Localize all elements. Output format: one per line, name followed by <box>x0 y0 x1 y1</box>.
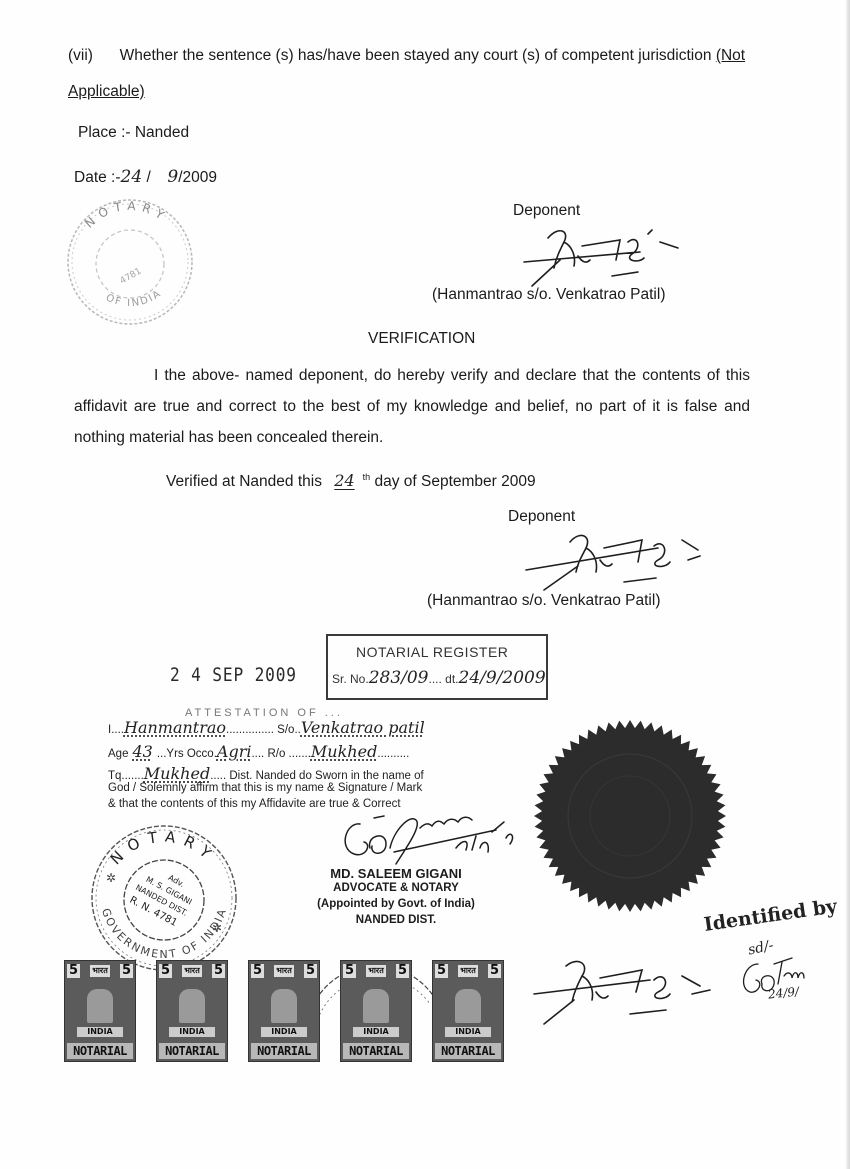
revenue-stamp: 5भारत5INDIANOTARIAL <box>64 960 136 1062</box>
stamp-header: 5भारत5 <box>435 963 501 979</box>
att-dist-text: Dist. Nanded do Sworn in the name of <box>229 770 423 782</box>
notary-title: ADVOCATE & NOTARY <box>306 882 486 894</box>
notary-seal-faded-icon: NOTARY OF INDIA 4781 <box>60 192 200 324</box>
date-separator: / <box>146 169 150 186</box>
att-tq-label: Tq <box>108 770 121 782</box>
stamp-india: INDIA <box>261 1027 307 1037</box>
date-month-handwritten: 9 <box>167 167 178 187</box>
stamp-value: 5 <box>251 964 264 978</box>
stamp-value: 5 <box>67 964 80 978</box>
clause-answer-continued: Applicable) <box>68 83 145 101</box>
stamp-value-right: 5 <box>396 964 409 978</box>
verification-paragraph: I the above- named deponent, do hereby v… <box>74 360 750 453</box>
stamp-label: NOTARIAL <box>67 1043 133 1059</box>
verification-text: I the above- named deponent, do hereby v… <box>74 367 750 446</box>
date-year: /2009 <box>178 169 217 186</box>
notary-appointed: (Appointed by Govt. of India) <box>290 898 502 910</box>
att-taluka: Mukhed <box>144 764 210 783</box>
attestation-line-4: God / Solemnly affirm that this is my na… <box>108 782 422 794</box>
attestation-line-3: Tq.......Mukhed..... Dist. Nanded do Swo… <box>108 764 424 783</box>
svg-text:✲: ✲ <box>212 921 222 935</box>
national-emblem-icon <box>271 989 297 1023</box>
svg-text:NOTARY: NOTARY <box>82 199 171 231</box>
notary-seal-icon: NOTARY GOVERNMENT OF INDIA ✲ ✲ Adv. M. S… <box>86 822 242 972</box>
clause-number: (vii) <box>68 47 93 64</box>
att-so-label: S/o <box>277 724 294 736</box>
stamp-value-right: 5 <box>120 964 133 978</box>
date-day-handwritten: 24 <box>121 167 143 187</box>
revenue-stamp: 5भारत5INDIANOTARIAL <box>432 960 504 1062</box>
svg-text:4781: 4781 <box>119 266 144 286</box>
date-received-stamp: 2 4 SEP 2009 <box>170 664 297 686</box>
deponent-name-1: (Hanmantrao s/o. Venkatrao Patil) <box>432 286 665 304</box>
stamp-value: 5 <box>435 964 448 978</box>
notarial-register-stamp: NOTARIAL REGISTER Sr. No.283/09.... dt.2… <box>326 634 548 700</box>
embossed-seal-icon <box>530 716 730 916</box>
att-age: 43 <box>128 742 156 761</box>
stamp-india: INDIA <box>169 1027 215 1037</box>
stamp-india: INDIA <box>77 1027 123 1037</box>
affidavit-page: (vii) Whether the sentence (s) has/have … <box>0 0 850 1169</box>
attestation-line-1: I....Hanmantrao............... S/o..Venk… <box>108 718 425 737</box>
stamp-label: NOTARIAL <box>251 1043 317 1059</box>
register-serial-line: Sr. No.283/09.... dt.24/9/2009 <box>332 668 546 688</box>
register-sr-value: 283/09 <box>369 668 429 688</box>
stamp-country: भारत <box>90 965 110 977</box>
verified-day-suffix: th <box>363 472 371 482</box>
clause-vii: (vii) Whether the sentence (s) has/have … <box>68 47 745 65</box>
clause-answer: (Not <box>716 47 745 64</box>
stamp-value: 5 <box>159 964 172 978</box>
date-label: Date :- <box>74 169 121 186</box>
date-line: Date :-24 / 9/2009 <box>74 167 217 187</box>
stamp-india: INDIA <box>353 1027 399 1037</box>
stamp-value-right: 5 <box>488 964 501 978</box>
att-name: Hanmantrao <box>124 718 226 737</box>
revenue-stamp: 5भारत5INDIANOTARIAL <box>340 960 412 1062</box>
national-emblem-icon <box>455 989 481 1023</box>
verified-suffix: day of September 2009 <box>374 473 535 490</box>
revenue-stamps: 5भारत5INDIANOTARIAL5भारत5INDIANOTARIAL5भ… <box>64 960 504 1062</box>
notary-district: NANDED DIST. <box>306 914 486 926</box>
deponent-title-2: Deponent <box>508 508 575 526</box>
svg-text:OF INDIA: OF INDIA <box>104 288 164 309</box>
register-dt-value: 24/9/2009 <box>459 668 546 688</box>
stamp-header: 5भारत5 <box>251 963 317 979</box>
deponent-signature-2-icon <box>520 526 720 592</box>
att-ro-label: R/o <box>267 748 285 760</box>
svg-text:✲: ✲ <box>106 871 116 885</box>
att-residence: Mukhed <box>311 742 377 761</box>
deponent-title-1: Deponent <box>513 202 580 220</box>
stamp-header: 5भारत5 <box>343 963 409 979</box>
stamp-label: NOTARIAL <box>159 1043 225 1059</box>
register-dt-label: dt. <box>445 672 458 686</box>
stamp-country: भारत <box>366 965 386 977</box>
page-edge <box>846 0 850 1169</box>
deponent-signature-3-icon <box>530 956 740 1026</box>
verified-at-line: Verified at Nanded this 24th day of Sept… <box>166 471 536 491</box>
att-father: Venkatrao patil <box>301 718 425 737</box>
stamp-value: 5 <box>343 964 356 978</box>
att-age-label: Age <box>108 748 128 760</box>
att-occupation: Agri <box>217 742 252 761</box>
notary-signature-icon <box>320 808 520 872</box>
stamp-value-right: 5 <box>212 964 225 978</box>
svg-text:NOTARY: NOTARY <box>107 827 221 868</box>
stamp-value-right: 5 <box>304 964 317 978</box>
stamp-india: INDIA <box>445 1027 491 1037</box>
clause-text: Whether the sentence (s) has/have been s… <box>120 47 712 64</box>
revenue-stamp: 5भारत5INDIANOTARIAL <box>248 960 320 1062</box>
deponent-name-2: (Hanmantrao s/o. Venkatrao Patil) <box>427 592 660 610</box>
stamp-header: 5भारत5 <box>67 963 133 979</box>
national-emblem-icon <box>179 989 205 1023</box>
verified-prefix: Verified at Nanded this <box>166 473 322 490</box>
attestation-line-2: Age43...Yrs Occo.Agri.... R/o .......Muk… <box>108 742 409 761</box>
stamp-header: 5भारत5 <box>159 963 225 979</box>
stamp-label: NOTARIAL <box>343 1043 409 1059</box>
verified-day-handwritten: 24 <box>326 471 362 490</box>
national-emblem-icon <box>87 989 113 1023</box>
deponent-signature-1-icon <box>520 220 720 286</box>
stamp-country: भारत <box>458 965 478 977</box>
stamp-country: भारत <box>274 965 294 977</box>
verification-heading: VERIFICATION <box>368 330 475 348</box>
stamp-country: भारत <box>182 965 202 977</box>
register-title: NOTARIAL REGISTER <box>356 644 508 660</box>
notary-name: MD. SALEEM GIGANI <box>306 866 486 881</box>
stamp-label: NOTARIAL <box>435 1043 501 1059</box>
national-emblem-icon <box>363 989 389 1023</box>
place-label: Place :- Nanded <box>78 124 189 142</box>
revenue-stamp: 5भारत5INDIANOTARIAL <box>156 960 228 1062</box>
att-occo-label: Yrs Occo. <box>166 748 216 760</box>
register-sr-label: Sr. No. <box>332 672 369 686</box>
